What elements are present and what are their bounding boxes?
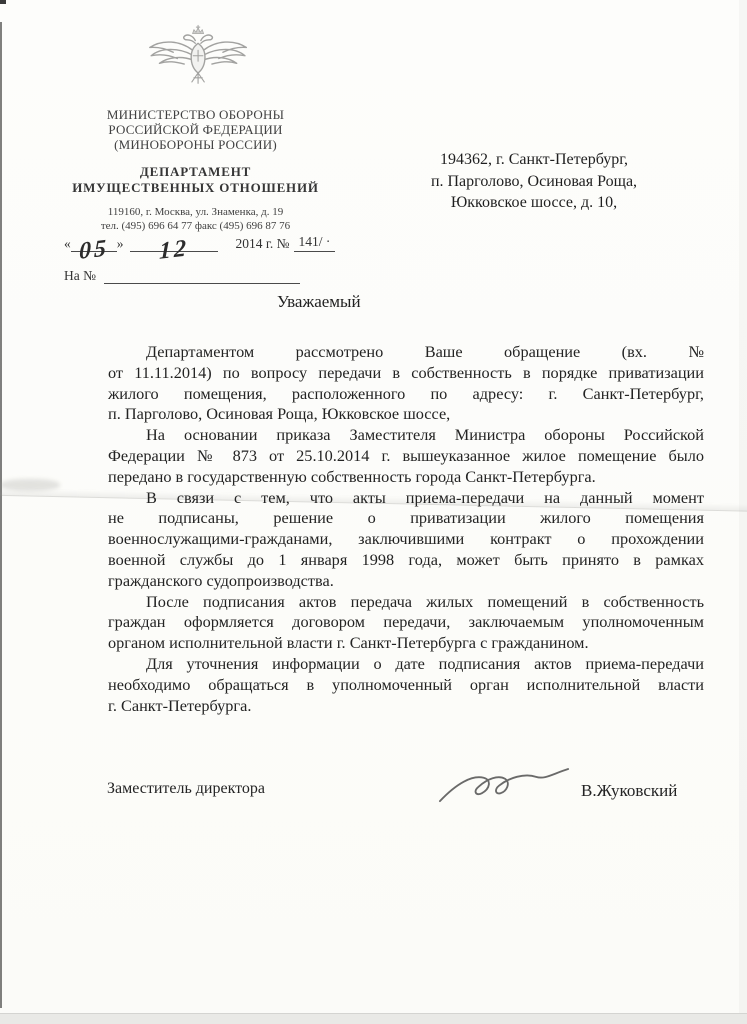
body-line: передано в государственную собственность… (108, 467, 704, 488)
body-line: граждан оформляется договором передачи, … (108, 612, 704, 633)
scan-bottom-edge (0, 1013, 747, 1024)
recipient-line: 194362, г. Санкт-Петербург, (408, 149, 660, 171)
body-line: жилого помещения, расположенного по адре… (108, 384, 704, 405)
recipient-address-block: 194362, г. Санкт-Петербург, п. Парголово… (408, 149, 660, 214)
body-line: Департаментом рассмотрено Ваше обращение… (108, 342, 704, 363)
reply-reference-line: На № (64, 266, 300, 284)
department-line: ИМУЩЕСТВЕННЫХ ОТНОШЕНИЙ (38, 180, 353, 196)
salutation: Уважаемый (277, 292, 361, 312)
open-quote: « (64, 236, 71, 251)
department-line: ДЕПАРТАМЕНТ (38, 164, 353, 180)
scanned-letter-page: { "header": { "emblem_icon": "double-hea… (0, 0, 747, 1024)
department-name: ДЕПАРТАМЕНТ ИМУЩЕСТВЕННЫХ ОТНОШЕНИЙ (38, 164, 353, 195)
body-line: военнослужащими-гражданами, заключившими… (108, 529, 704, 550)
body-line: органом исполнительной власти г. Санкт-П… (108, 633, 704, 654)
body-line: гражданского судопроизводства. (108, 571, 704, 592)
year-text: 2014 (236, 236, 263, 251)
sender-contact: 119160, г. Москва, ул. Знаменка, д. 19 т… (38, 206, 353, 233)
body-line: от 11.11.2014) по вопросу передачи в соб… (108, 363, 704, 384)
sender-postal-address: 119160, г. Москва, ул. Знаменка, д. 19 (38, 206, 353, 220)
body-line: После подписания актов передача жилых по… (108, 592, 704, 613)
body-line: п. Парголово, Осиновая Роща, Юкковское ш… (108, 404, 704, 425)
scan-corner-artifact (0, 0, 6, 4)
ministry-line: (МИНОБОРОНЫ РОССИИ) (38, 137, 353, 152)
recipient-line: Юкковское шоссе, д. 10, (408, 192, 660, 214)
date-month-blank: 12 (130, 234, 218, 252)
sender-header-block: МИНИСТЕРСТВО ОБОРОНЫ РОССИЙСКОЙ ФЕДЕРАЦИ… (38, 24, 353, 233)
ministry-name: МИНИСТЕРСТВО ОБОРОНЫ РОССИЙСКОЙ ФЕДЕРАЦИ… (38, 107, 353, 152)
date-day-blank: 05 (71, 234, 117, 252)
body-line: необходимо обращаться в уполномоченный о… (108, 675, 704, 696)
body-line: г. Санкт-Петербурга. (108, 696, 704, 717)
signer-position-title: Заместитель директора (107, 780, 265, 798)
reply-number-blank (104, 266, 300, 284)
signer-name: В.Жуковский (581, 781, 677, 801)
double-headed-eagle-icon (144, 24, 248, 98)
body-line: Федерации № 873 от 25.10.2014 г. вышеука… (108, 446, 704, 467)
recipient-line: п. Парголово, Осиновая Роща, (408, 171, 660, 193)
sender-phone-fax: тел. (495) 696 64 77 факс (495) 696 87 7… (38, 220, 353, 234)
body-paragraph: В связи с тем, что акты приема-передачи … (108, 488, 704, 592)
letter-body: Департаментом рассмотрено Ваше обращение… (108, 342, 704, 716)
handwritten-signature-icon (437, 766, 573, 814)
handwritten-day: 05 (79, 235, 109, 266)
body-paragraph: На основании приказа Заместителя Министр… (108, 425, 704, 487)
handwritten-month: 12 (158, 235, 188, 266)
body-line: не подписаны, решение о приватизации жил… (108, 508, 704, 529)
outgoing-number: 141/ · (294, 234, 336, 252)
ministry-line: МИНИСТЕРСТВО ОБОРОНЫ (38, 107, 353, 122)
scan-left-edge (0, 22, 2, 1008)
year-label: г. № (266, 236, 290, 251)
body-line: На основании приказа Заместителя Министр… (108, 425, 704, 446)
reply-label: На № (64, 268, 96, 283)
body-paragraph: После подписания актов передача жилых по… (108, 592, 704, 654)
date-number-line: «05»122014 г. №141/ · (64, 234, 394, 252)
body-line: В связи с тем, что акты приема-передачи … (108, 488, 704, 509)
ministry-line: РОССИЙСКОЙ ФЕДЕРАЦИИ (38, 122, 353, 137)
body-paragraph: Департаментом рассмотрено Ваше обращение… (108, 342, 704, 425)
body-paragraph: Для уточнения информации о дате подписан… (108, 654, 704, 716)
body-line: военной службы до 1 января 1998 года, мо… (108, 550, 704, 571)
body-line: Для уточнения информации о дате подписан… (108, 654, 704, 675)
close-quote: » (117, 236, 124, 251)
